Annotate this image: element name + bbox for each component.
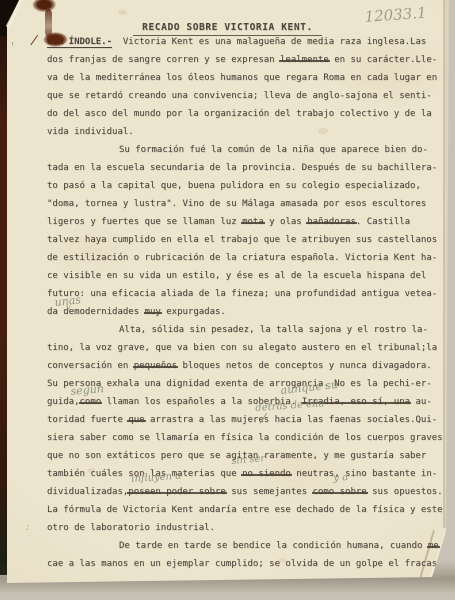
typed-line: tada en la escuela secundaria de la prov… xyxy=(47,159,447,177)
typed-text: dos franjas de sangre corren y se expres… xyxy=(47,55,280,65)
typed-line: to pasó a la capital que, buena pulidora… xyxy=(47,177,447,195)
backdrop-left-strip xyxy=(0,0,8,600)
struck-text: muy xyxy=(145,307,161,317)
typed-text: Alta, sólida sin pesadez, la talla sajon… xyxy=(119,325,428,335)
typed-line: toridad fuerte que arrastra a las mujere… xyxy=(47,411,447,429)
typed-line: ligeros y fuertes que se llaman luz mota… xyxy=(47,213,447,231)
typed-line: dos franjas de sangre corren y se expres… xyxy=(47,51,447,69)
typed-line: conversación en pequeños bloques netos d… xyxy=(47,357,447,375)
typed-text: conversación en xyxy=(47,361,134,371)
paragraph: Su formación fué la común de la niña que… xyxy=(47,141,447,321)
typed-text: De tarde en tarde se bendice la condició… xyxy=(119,541,428,551)
typed-text: que se retardó creando una convivencia; … xyxy=(47,91,432,101)
typed-text: arrastra a las mujeres hacia las faenas … xyxy=(145,415,438,425)
typed-line: talvez haya cumplido en ella el trabajo … xyxy=(47,231,447,249)
paragraph: De tarde en tarde se bendice la condició… xyxy=(47,537,447,573)
typed-text: en su carácter.Lle- xyxy=(329,55,437,65)
struck-text: poseen poder sobre xyxy=(128,487,226,497)
typed-text: modernidades xyxy=(74,307,144,317)
typed-text: tada en la escuela secundaria de la prov… xyxy=(47,163,437,173)
typed-line: La fórmula de Victoria Kent andaría entr… xyxy=(47,501,447,519)
typed-text: Su formación fué la común de la niña que… xyxy=(119,145,428,155)
typed-text: Victoria Kent es una malagueña de media … xyxy=(112,37,426,47)
typed-text: sus opuestos. xyxy=(367,487,443,497)
insertion-y-a: y a xyxy=(333,472,349,484)
struck-text: pequeños xyxy=(134,361,177,371)
typed-line: guida,como llaman los españoles a la sob… xyxy=(47,393,447,411)
typed-text: toridad fuerte xyxy=(47,415,128,425)
typed-line: ce visible en su vida un estilo, y ése e… xyxy=(47,267,447,285)
typed-text: "doma, tornea y lustra". Vino de su Mála… xyxy=(47,199,426,209)
typed-line: va de la mediterránea los óleos humanos … xyxy=(47,69,447,87)
margin-mark: ' xyxy=(11,40,14,54)
typed-body: UNA ÍNDOLE.- Victoria Kent es una malagu… xyxy=(47,33,447,573)
typed-text: cae a las manos en un ejemplar cumplido;… xyxy=(47,559,443,569)
typed-text: ligeros y fuertes que se llaman luz xyxy=(47,217,242,227)
typed-text: au- xyxy=(410,397,432,407)
typed-line: vida individual. xyxy=(47,123,447,141)
struck-text: como xyxy=(80,397,102,407)
typed-text: sus semejantes xyxy=(226,487,313,497)
scanned-document-photo: RECADO SOBRE VICTORIA KENT. UNA ÍNDOLE.-… xyxy=(0,0,455,600)
typed-line: cae a las manos en un ejemplar cumplido;… xyxy=(47,555,447,573)
struck-text: me xyxy=(428,541,439,551)
struck-text: como sobre xyxy=(313,487,367,497)
typed-line: da demodernidades muy expurgadas. xyxy=(47,303,447,321)
caret-mark: v xyxy=(66,303,71,312)
typed-text: do del asco del mundo por la organizació… xyxy=(47,109,432,119)
typed-text: guida, xyxy=(47,397,80,407)
struck-text: mota xyxy=(242,217,264,227)
margin-mark: : xyxy=(26,522,29,533)
typed-line: Su formación fué la común de la niña que… xyxy=(47,141,447,159)
typed-line: Su persona exhala una dignidad exenta de… xyxy=(47,375,447,393)
typed-line: UNA ÍNDOLE.- Victoria Kent es una malagu… xyxy=(47,33,447,51)
typed-text: to pasó a la capital que, buena pulidora… xyxy=(47,181,421,191)
typed-text: . Castilla xyxy=(356,217,410,227)
typed-line: De tarde en tarde se bendice la condició… xyxy=(47,537,447,555)
typed-text: y olas xyxy=(264,217,307,227)
typed-text: vida individual. xyxy=(47,127,134,137)
typed-text: tino, la voz grave, que va bien con su a… xyxy=(47,343,437,353)
struck-text: lealmente xyxy=(280,55,329,65)
typed-text: La fórmula de Victoria Kent andaría entr… xyxy=(47,505,443,515)
typed-text: dividualizadas, xyxy=(47,487,128,497)
typed-line: tino, la voz grave, que va bien con su a… xyxy=(47,339,447,357)
typed-line: que se retardó creando una convivencia; … xyxy=(47,87,447,105)
typed-line: do del asco del mundo por la organizació… xyxy=(47,105,447,123)
typed-line: Alta, sólida sin pesadez, la talla sajon… xyxy=(47,321,447,339)
typed-text: expurgadas. xyxy=(161,307,226,317)
typed-text: de estilización o rubricación de la cria… xyxy=(47,253,437,263)
typed-text: ce visible en su vida un estilo, y ése e… xyxy=(47,271,426,281)
paragraph: Alta, sólida sin pesadez, la talla sajon… xyxy=(47,321,447,537)
typed-line: futuro: una eficacia aliada de la fineza… xyxy=(47,285,447,303)
paragraph: UNA ÍNDOLE.- Victoria Kent es una malagu… xyxy=(47,33,447,141)
struck-text: no siendo xyxy=(242,469,291,479)
typed-line: otro de laboratorio industrial. xyxy=(47,519,447,537)
typed-text: Su persona exhala una dignidad exenta de… xyxy=(47,379,432,389)
struck-text: que xyxy=(128,415,144,425)
typed-text: otro de laboratorio industrial. xyxy=(47,523,215,533)
typed-line: también cuáles son las materias que no s… xyxy=(47,465,447,483)
struck-text: bañadoras xyxy=(307,217,356,227)
typed-text: bloques netos de conceptos y nunca divag… xyxy=(177,361,432,371)
typed-text: siera saber como se llamaría en física l… xyxy=(47,433,443,443)
typed-line: siera saber como se llamaría en física l… xyxy=(47,429,447,447)
typed-line: de estilización o rubricación de la cria… xyxy=(47,249,447,267)
typed-text: neutras, sino bastante in- xyxy=(291,469,437,479)
typed-text: va de la mediterránea los óleos humanos … xyxy=(47,73,437,83)
typed-text: talvez haya cumplido en ella el trabajo … xyxy=(47,235,437,245)
typed-text: futuro: una eficacia aliada de la fineza… xyxy=(47,289,437,299)
typed-line: "doma, tornea y lustra". Vino de su Mála… xyxy=(47,195,447,213)
typed-line: dividualizadas,poseen poder sobre sus se… xyxy=(47,483,447,501)
